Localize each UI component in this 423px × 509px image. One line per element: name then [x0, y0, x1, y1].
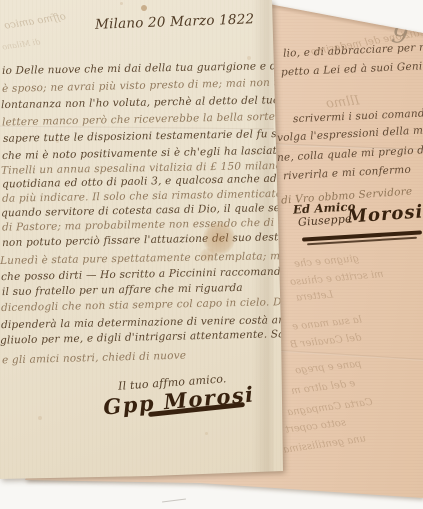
- stain: [200, 248, 216, 262]
- scanned-letter-scene: lio, e di abbracciare per me il f petto …: [0, 0, 423, 509]
- body-line: io Delle nuove che mi dai della tua guar…: [2, 59, 346, 78]
- letter-page-left: Milano 20 Marzo 1822 io Delle nuove che …: [0, 0, 423, 509]
- bleedthrough-line: di Milano: [2, 37, 41, 51]
- body-line: dicendogli che non stia sempre col capo …: [1, 296, 292, 315]
- fox-spot: [99, 301, 102, 304]
- body-line: e gli amici nostri, chiedi di nuove: [2, 350, 187, 368]
- dateline: Milano 20 Marzo 1822: [95, 11, 255, 33]
- fox-spot: [247, 56, 251, 60]
- body-line: Lunedì è stata pure spettatamente contem…: [0, 249, 349, 268]
- fox-spot: [205, 432, 208, 435]
- body-line: dipenderà la mia determinazione di venir…: [1, 313, 359, 332]
- body-line: sapere tutte le disposizioni testamentar…: [3, 127, 327, 146]
- fox-spot: [56, 140, 59, 143]
- fox-spot: [141, 5, 147, 11]
- fox-spot: [256, 152, 259, 155]
- bleedthrough-line: offmo amico: [4, 11, 67, 32]
- body-line: è sposo; ne avrai più visto presto di me…: [2, 75, 350, 96]
- fox-spot: [38, 416, 42, 420]
- body-line: il suo fratello per un affare che mi rig…: [2, 282, 243, 299]
- fox-spot: [120, 2, 123, 5]
- body-line: lontananza non l'ho voluta, perchè al de…: [1, 93, 359, 112]
- page-left-wrapper: Milano 20 Marzo 1822 io Delle nuove che …: [0, 0, 423, 509]
